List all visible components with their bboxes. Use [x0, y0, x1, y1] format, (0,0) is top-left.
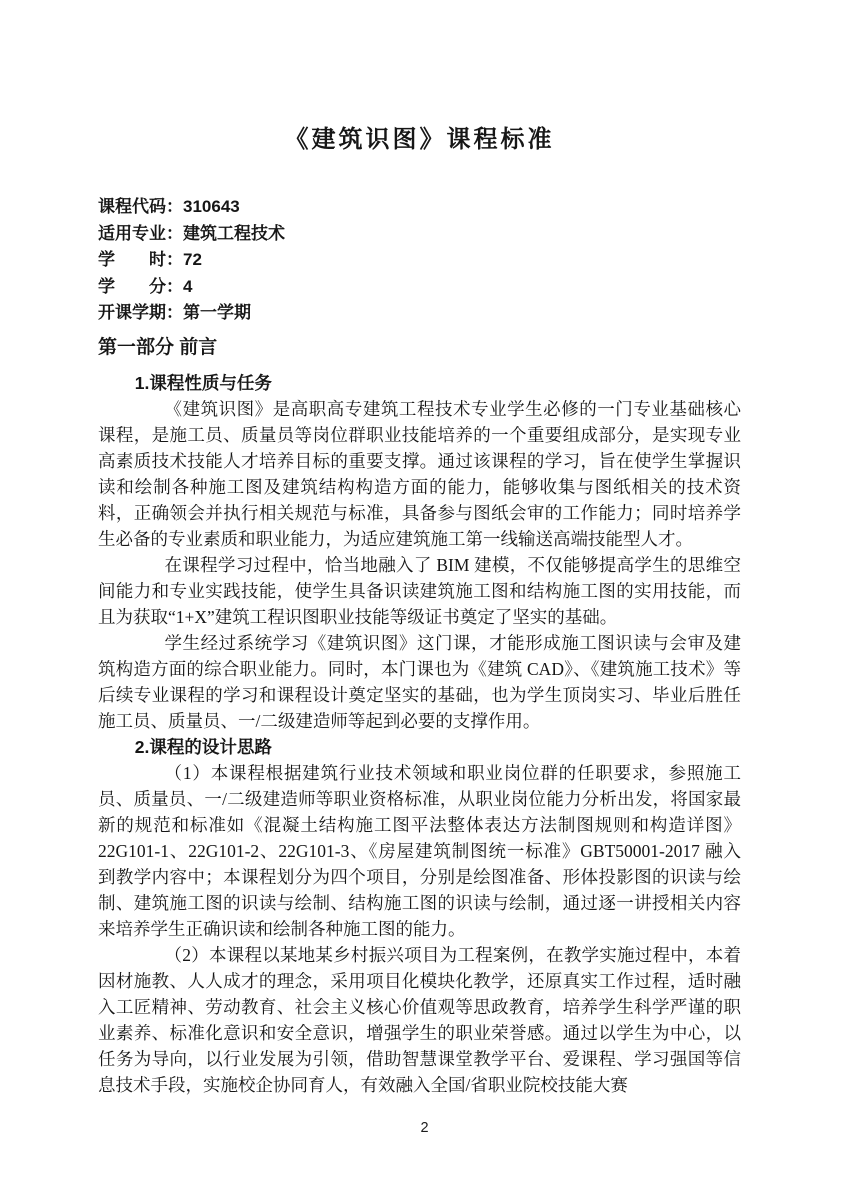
- paragraph: 学生经过系统学习《建筑识图》这门课，才能形成施工图识读与会审及建筑构造方面的综合…: [98, 630, 741, 734]
- document-content: 《建筑识图》课程标准 课程代码：310643 适用专业：建筑工程技术 学 时：7…: [98, 0, 741, 1098]
- meta-credits: 学 分：4: [98, 274, 741, 301]
- meta-label: 学 时：: [98, 250, 183, 269]
- meta-value: 建筑工程技术: [183, 224, 285, 243]
- meta-major: 适用专业：建筑工程技术: [98, 221, 741, 248]
- document-page: 《建筑识图》课程标准 课程代码：310643 适用专业：建筑工程技术 学 时：7…: [0, 0, 849, 1202]
- paragraph: （2）本课程以某地某乡村振兴项目为工程案例，在教学实施过程中，本着因材施教、人人…: [98, 942, 741, 1098]
- part-heading: 第一部分 前言: [98, 334, 741, 361]
- meta-semester: 开课学期：第一学期: [98, 300, 741, 327]
- paragraph: 在课程学习过程中，恰当地融入了 BIM 建模，不仅能够提高学生的思维空间能力和专…: [98, 552, 741, 630]
- meta-value: 4: [183, 277, 192, 296]
- document-title: 《建筑识图》课程标准: [98, 124, 741, 156]
- meta-value: 72: [183, 250, 202, 269]
- meta-label: 学 分：: [98, 277, 183, 296]
- meta-label: 开课学期：: [98, 303, 183, 322]
- meta-label: 适用专业：: [98, 224, 183, 243]
- course-meta-block: 课程代码：310643 适用专业：建筑工程技术 学 时：72 学 分：4 开课学…: [98, 194, 741, 327]
- section-heading-2: 2.课程的设计思路: [98, 734, 741, 760]
- paragraph: 《建筑识图》是高职高专建筑工程技术专业学生必修的一门专业基础核心课程，是施工员、…: [98, 396, 741, 552]
- paragraph: （1）本课程根据建筑行业技术领域和职业岗位群的任职要求，参照施工员、质量员、一/…: [98, 760, 741, 942]
- meta-hours: 学 时：72: [98, 247, 741, 274]
- meta-value: 第一学期: [183, 303, 251, 322]
- meta-value: 310643: [183, 197, 240, 216]
- meta-label: 课程代码：: [98, 197, 183, 216]
- section-course-nature: 1.课程性质与任务 《建筑识图》是高职高专建筑工程技术专业学生必修的一门专业基础…: [98, 370, 741, 734]
- section-heading-1: 1.课程性质与任务: [98, 370, 741, 396]
- section-design-ideas: 2.课程的设计思路 （1）本课程根据建筑行业技术领域和职业岗位群的任职要求，参照…: [98, 734, 741, 1098]
- meta-course-code: 课程代码：310643: [98, 194, 741, 221]
- page-number: 2: [0, 1120, 849, 1136]
